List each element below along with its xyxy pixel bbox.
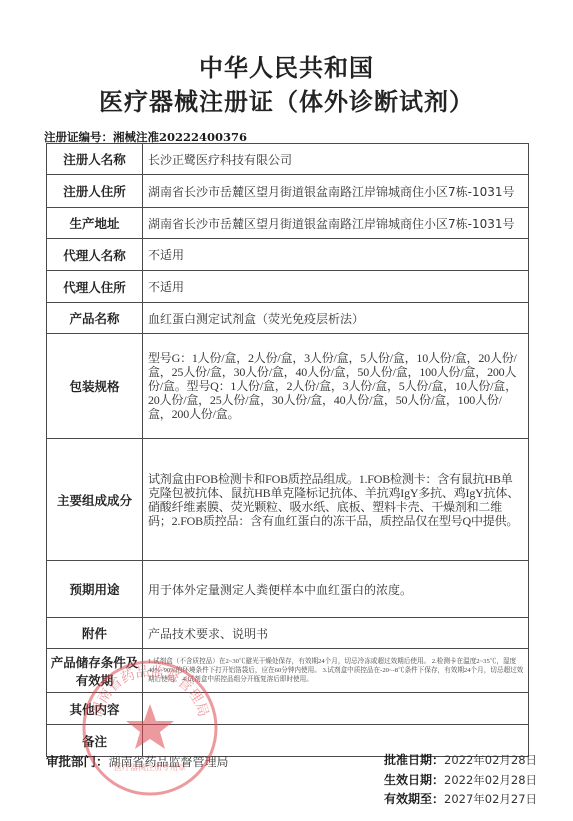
expiry-date: 有效期至：2027年02月27日	[384, 790, 537, 810]
value-intended-use: 用于体外定量测定人粪便样本中血红蛋白的浓度。	[143, 561, 529, 618]
value-registrant-address: 湖南省长沙市岳麓区望月街道银盆南路江岸锦城商住小区7栋-1031号	[143, 175, 529, 208]
label-main-components: 主要组成成分	[47, 439, 143, 561]
certificate-table: 注册人名称 长沙正鹭医疗科技有限公司 注册人住所 湖南省长沙市岳麓区望月街道银盆…	[46, 143, 529, 757]
row-registrant-name: 注册人名称 长沙正鹭医疗科技有限公司	[47, 144, 529, 175]
value-product-name: 血红蛋白测定试剂盒（荧光免疫层析法）	[143, 303, 529, 334]
row-product-name: 产品名称 血红蛋白测定试剂盒（荧光免疫层析法）	[47, 303, 529, 334]
row-attachments: 附件 产品技术要求、说明书	[47, 618, 529, 649]
value-agent-name: 不适用	[143, 239, 529, 271]
registration-number-value: 湘械注准20222400376	[113, 130, 247, 144]
value-agent-address: 不适用	[143, 271, 529, 303]
row-production-address: 生产地址 湖南省长沙市岳麓区望月街道银盆南路江岸锦城商住小区7栋-1031号	[47, 208, 529, 239]
effective-date-label: 生效日期：	[384, 773, 444, 787]
label-production-address: 生产地址	[47, 208, 143, 239]
approval-department-label: 审批部门：	[46, 754, 109, 769]
row-registrant-address: 注册人住所 湖南省长沙市岳麓区望月街道银盆南路江岸锦城商住小区7栋-1031号	[47, 175, 529, 208]
expiry-date-label: 有效期至：	[384, 792, 444, 806]
label-agent-address: 代理人住所	[47, 271, 143, 303]
document-title-line1: 中华人民共和国	[0, 48, 573, 83]
label-agent-name: 代理人名称	[47, 239, 143, 271]
row-agent-name: 代理人名称 不适用	[47, 239, 529, 271]
row-main-components: 主要组成成分 试剂盒由FOB检测卡和FOB质控品组成。1.FOB检测卡：含有鼠抗…	[47, 439, 529, 561]
value-registrant-name: 长沙正鹭医疗科技有限公司	[143, 144, 529, 175]
row-packaging-spec: 包装规格 型号G：1人份/盒，2人份/盒，3人份/盒，5人份/盒，10人份/盒，…	[47, 334, 529, 439]
document-title-line2: 医疗器械注册证（体外诊断试剂）	[0, 82, 573, 117]
value-other-content	[143, 693, 529, 725]
registration-number-label: 注册证编号：	[44, 130, 113, 144]
approval-date-label: 批准日期：	[384, 753, 444, 767]
value-production-address: 湖南省长沙市岳麓区望月街道银盆南路江岸锦城商住小区7栋-1031号	[143, 208, 529, 239]
row-intended-use: 预期用途 用于体外定量测定人粪便样本中血红蛋白的浓度。	[47, 561, 529, 618]
label-registrant-name: 注册人名称	[47, 144, 143, 175]
expiry-date-value: 2027年02月27日	[444, 792, 537, 806]
label-product-name: 产品名称	[47, 303, 143, 334]
approval-date: 批准日期：2022年02月28日	[384, 751, 537, 771]
approval-date-value: 2022年02月28日	[444, 753, 537, 767]
label-packaging-spec: 包装规格	[47, 334, 143, 439]
dates-block: 批准日期：2022年02月28日 生效日期：2022年02月28日 有效期至：2…	[384, 751, 537, 810]
approval-department-value: 湖南省药品监督管理局	[109, 755, 229, 769]
value-attachments: 产品技术要求、说明书	[143, 618, 529, 649]
row-other-content: 其他内容	[47, 693, 529, 725]
label-other-content: 其他内容	[47, 693, 143, 725]
approval-department: 审批部门：湖南省药品监督管理局	[46, 752, 229, 770]
row-storage-conditions: 产品储存条件及有效期 1.试剂盒（不含质控品）在2~30℃避光干燥处保存，有效期…	[47, 649, 529, 693]
effective-date-value: 2022年02月28日	[444, 773, 537, 787]
effective-date: 生效日期：2022年02月28日	[384, 771, 537, 791]
value-storage-conditions: 1.试剂盒（不含质控品）在2~30℃避光干燥处保存，有效期24个月，切忌冷冻或超…	[143, 649, 529, 693]
label-registrant-address: 注册人住所	[47, 175, 143, 208]
label-storage-conditions: 产品储存条件及有效期	[47, 649, 143, 693]
label-intended-use: 预期用途	[47, 561, 143, 618]
row-agent-address: 代理人住所 不适用	[47, 271, 529, 303]
label-attachments: 附件	[47, 618, 143, 649]
value-main-components: 试剂盒由FOB检测卡和FOB质控品组成。1.FOB检测卡：含有鼠抗HB单克隆包被…	[143, 439, 529, 561]
value-packaging-spec: 型号G：1人份/盒，2人份/盒，3人份/盒，5人份/盒，10人份/盒，20人份/…	[143, 334, 529, 439]
